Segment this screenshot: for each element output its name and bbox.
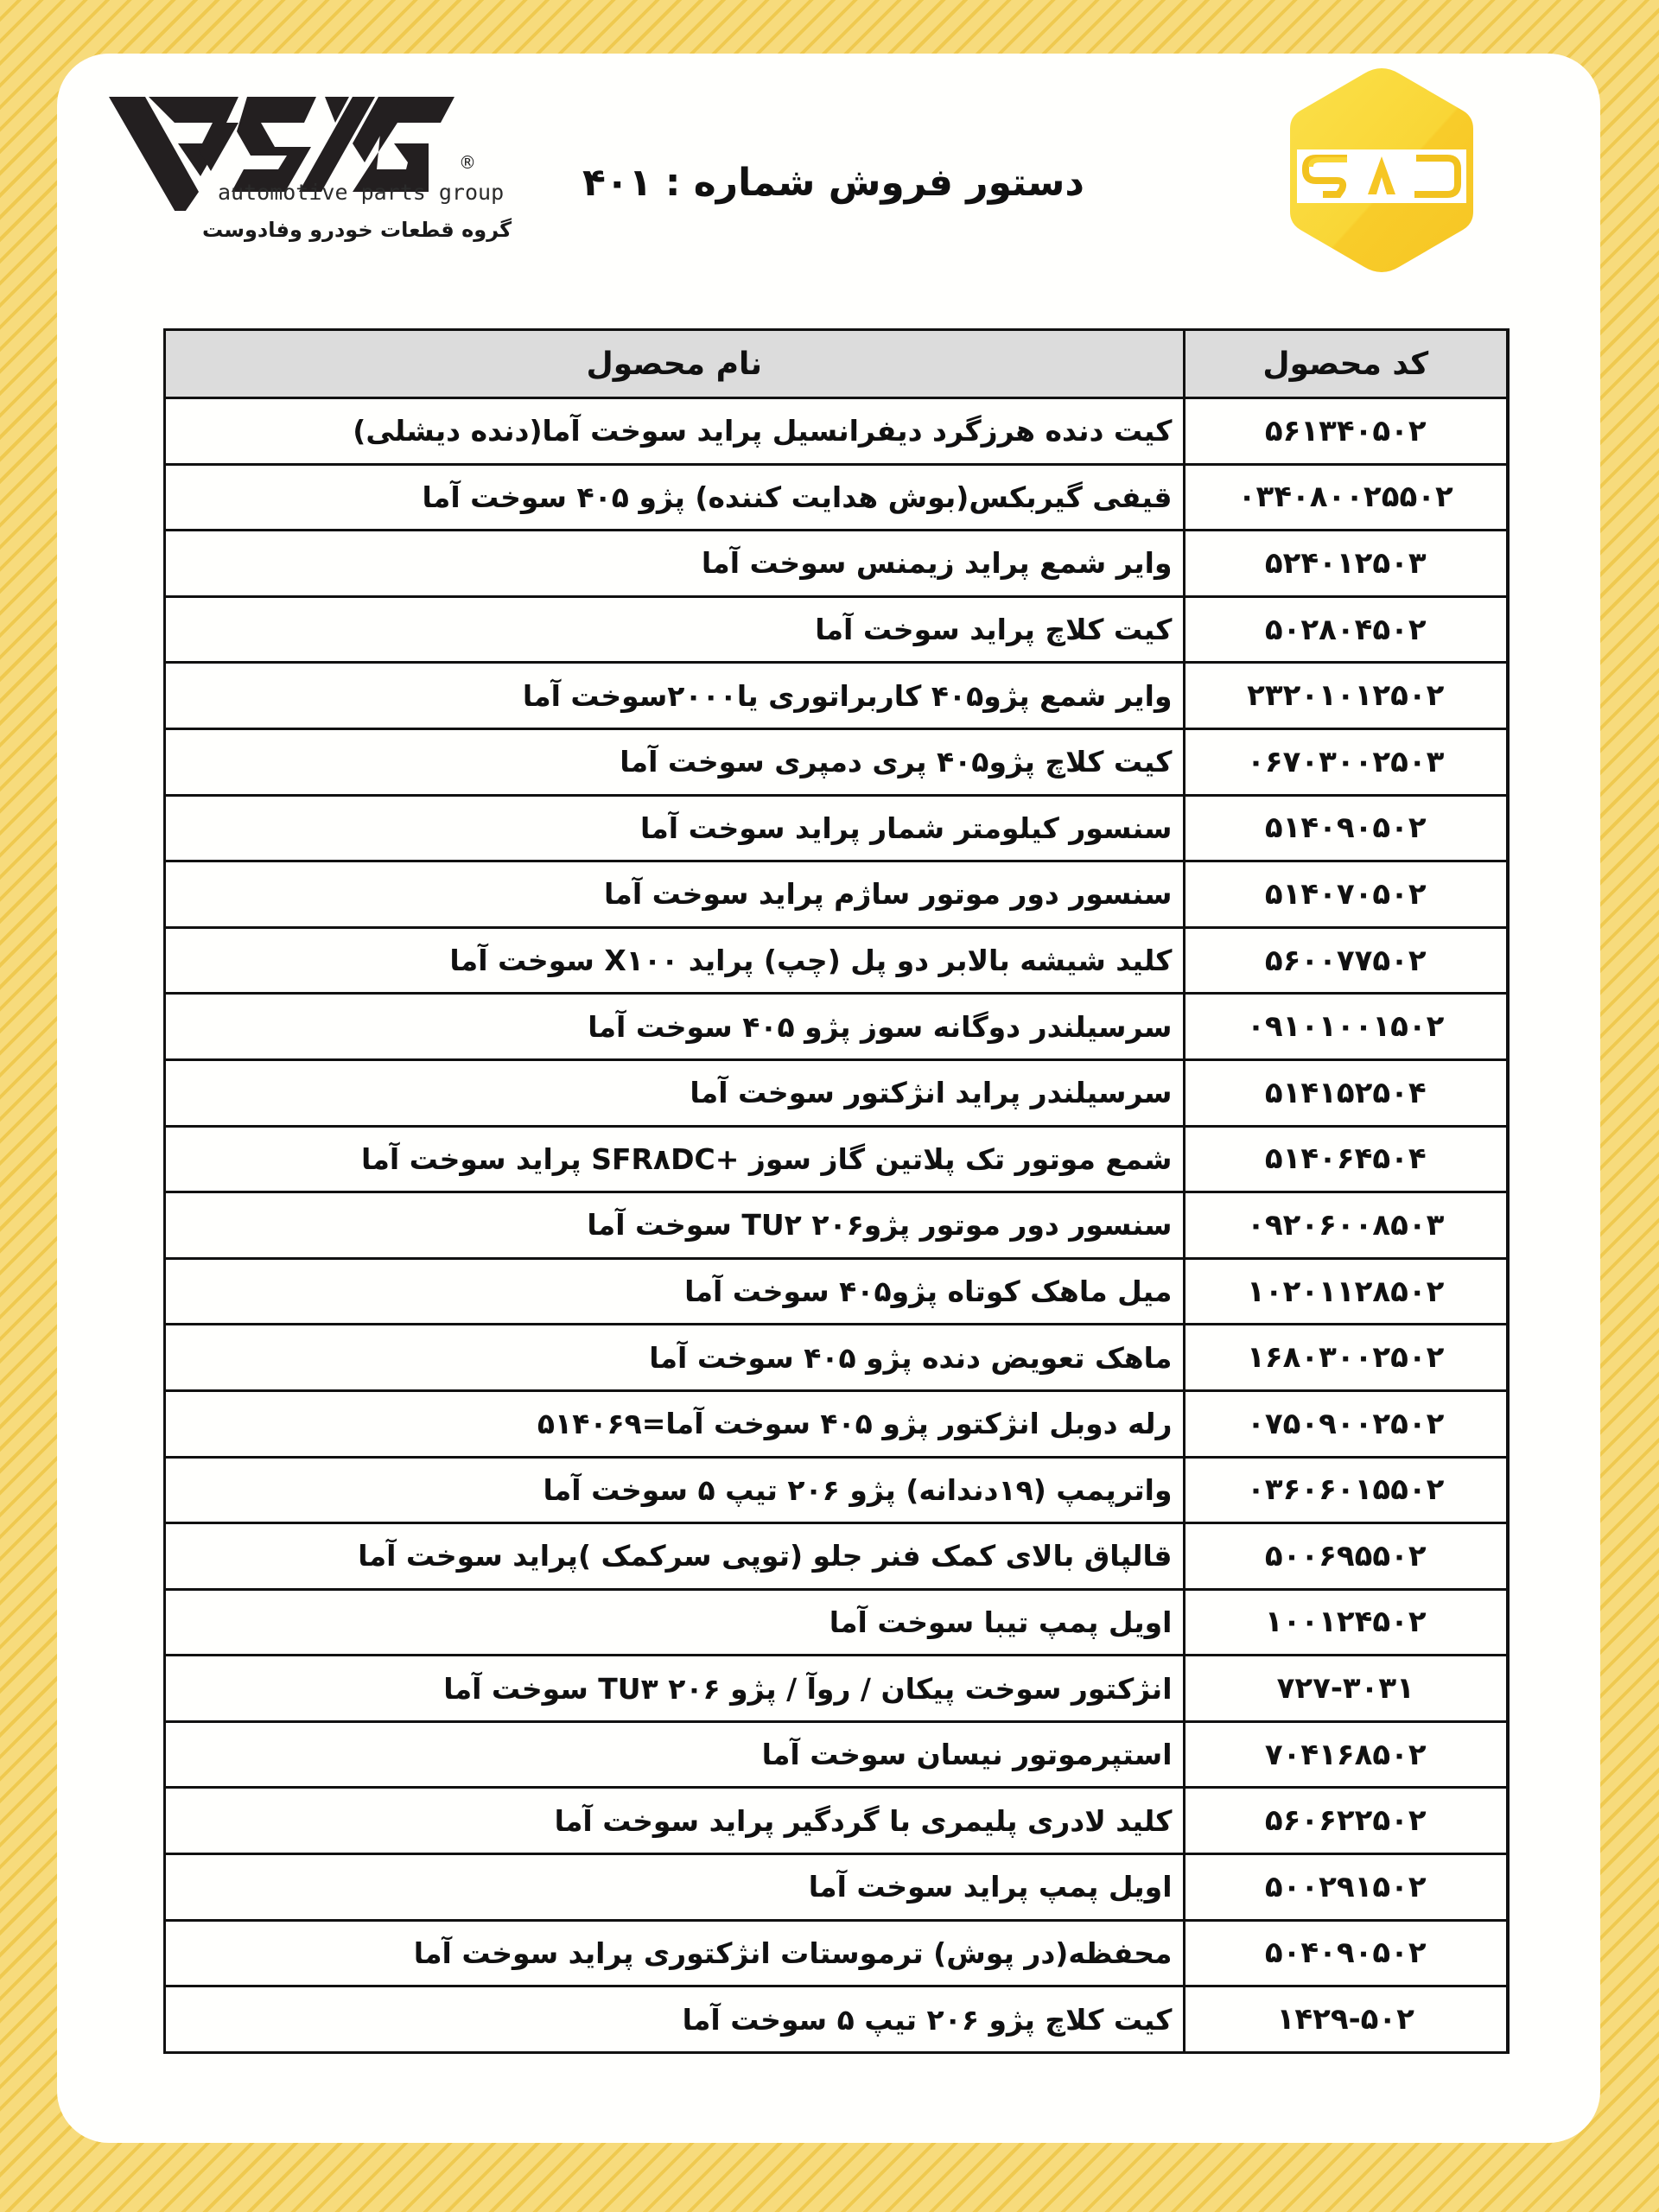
table-row: ۵۰۰۲۹۱۵۰۲اویل پمپ پراید سوخت آما — [165, 1854, 1509, 1921]
table-row: ۵۰۰۶۹۵۵۰۲قالپاق بالای کمک فنر جلو (توپی … — [165, 1523, 1509, 1590]
table-row: ۰۹۱۰۱۰۰۱۵۰۲سرسیلندر دوگانه سوز پژو ۴۰۵ س… — [165, 994, 1509, 1060]
product-name: کلید لادری پلیمری با گردگیر پراید سوخت آ… — [165, 1788, 1185, 1854]
product-code: ۰۳۶۰۶۰۱۵۵۰۲ — [1184, 1457, 1508, 1523]
product-code: ۱۰۲۰۱۱۲۸۵۰۲ — [1184, 1258, 1508, 1325]
table-row: ۱۰۰۱۲۴۵۰۲اویل پمپ تیبا سوخت آما — [165, 1589, 1509, 1656]
table-row: ۰۳۴۰۸۰۰۲۵۵۰۲قیفی گیربکس(بوش هدایت کننده)… — [165, 464, 1509, 531]
product-name: اویل پمپ تیبا سوخت آما — [165, 1589, 1185, 1656]
product-code: ۵۱۴۰۷۰۵۰۲ — [1184, 861, 1508, 928]
brand-logo: ® automotive parts group گروه قطعات خودر… — [109, 90, 480, 254]
partner-logo — [1285, 63, 1478, 277]
product-code: ۰۶۷۰۳۰۰۲۵۰۳ — [1184, 728, 1508, 795]
table-row: ۵۱۴۰۹۰۵۰۲سنسور کیلومتر شمار پراید سوخت آ… — [165, 795, 1509, 861]
product-code: ۰۷۵۰۹۰۰۲۵۰۲ — [1184, 1390, 1508, 1457]
table-row: ۱۰۲۰۱۱۲۸۵۰۲میل ماهک کوتاه پژو۴۰۵ سوخت آم… — [165, 1258, 1509, 1325]
table-row: ۰۷۵۰۹۰۰۲۵۰۲رله دوبل انژکتور پژو ۴۰۵ سوخت… — [165, 1390, 1509, 1457]
product-code: ۵۰۴۰۹۰۵۰۲ — [1184, 1920, 1508, 1986]
table-row: ۵۰۲۸۰۴۵۰۲کیت کلاچ پراید سوخت آما — [165, 596, 1509, 663]
product-code: ۵۲۴۰۱۲۵۰۳ — [1184, 531, 1508, 597]
table-row: ۵۱۴۰۷۰۵۰۲سنسور دور موتور ساژم پراید سوخت… — [165, 861, 1509, 928]
brand-tagline-fa: گروه قطعات خودرو وفادوست — [202, 218, 512, 242]
table-row: ۷۲۷-۳۰۳۱انژکتور سوخت پیکان / روآ / پژو ۲… — [165, 1656, 1509, 1722]
page-title: دستور فروش شماره : ۴۰۱ — [582, 161, 1084, 205]
product-name: شمع موتور تک پلاتین گاز سوز +SFR۸DC پرای… — [165, 1126, 1185, 1192]
table-row: ۱۴۲۹-۵۰۲کیت کلاچ پژو ۲۰۶ تیپ ۵ سوخت آما — [165, 1986, 1509, 2053]
product-code: ۵۶۰۰۷۷۵۰۲ — [1184, 927, 1508, 994]
table-row: ۰۹۲۰۶۰۰۸۵۰۳سنسور دور موتور پژو۲۰۶ TU۲ سو… — [165, 1192, 1509, 1259]
table-row: ۵۲۴۰۱۲۵۰۳وایر شمع پراید زیمنس سوخت آما — [165, 531, 1509, 597]
column-header-code: کد محصول — [1184, 330, 1508, 398]
product-name: کیت کلاچ پراید سوخت آما — [165, 596, 1185, 663]
product-code: ۱۴۲۹-۵۰۲ — [1184, 1986, 1508, 2053]
product-name: کیت دنده هرزگرد دیفرانسیل پراید سوخت آما… — [165, 398, 1185, 465]
product-name: استپرموتور نیسان سوخت آما — [165, 1721, 1185, 1788]
product-name: اویل پمپ پراید سوخت آما — [165, 1854, 1185, 1921]
product-name: سرسیلندر دوگانه سوز پژو ۴۰۵ سوخت آما — [165, 994, 1185, 1060]
product-code: ۱۰۰۱۲۴۵۰۲ — [1184, 1589, 1508, 1656]
product-name: سنسور دور موتور ساژم پراید سوخت آما — [165, 861, 1185, 928]
product-code: ۷۰۴۱۶۸۵۰۲ — [1184, 1721, 1508, 1788]
product-code: ۵۰۲۸۰۴۵۰۲ — [1184, 596, 1508, 663]
table-row: ۵۶۰۶۲۲۵۰۲کلید لادری پلیمری با گردگیر پرا… — [165, 1788, 1509, 1854]
table-row: ۵۱۴۰۶۴۵۰۴شمع موتور تک پلاتین گاز سوز +SF… — [165, 1126, 1509, 1192]
product-code: ۵۱۴۱۵۲۵۰۴ — [1184, 1059, 1508, 1126]
table-row: ۵۱۴۱۵۲۵۰۴سرسیلندر پراید انژکتور سوخت آما — [165, 1059, 1509, 1126]
product-name: کلید شیشه بالابر دو پل (چپ) پراید X۱۰۰ س… — [165, 927, 1185, 994]
product-name: قالپاق بالای کمک فنر جلو (توپی سرکمک )پر… — [165, 1523, 1185, 1590]
product-name: رله دوبل انژکتور پژو ۴۰۵ سوخت آما=۵۱۴۰۶۹ — [165, 1390, 1185, 1457]
table-row: ۵۶۱۳۴۰۵۰۲کیت دنده هرزگرد دیفرانسیل پراید… — [165, 398, 1509, 465]
column-header-name: نام محصول — [165, 330, 1185, 398]
product-code: ۰۳۴۰۸۰۰۲۵۵۰۲ — [1184, 464, 1508, 531]
registered-mark: ® — [459, 152, 476, 173]
product-name: کیت کلاچ پژو۴۰۵ پری دمپری سوخت آما — [165, 728, 1185, 795]
product-name: میل ماهک کوتاه پژو۴۰۵ سوخت آما — [165, 1258, 1185, 1325]
product-code: ۵۶۰۶۲۲۵۰۲ — [1184, 1788, 1508, 1854]
product-name: ماهک تعویض دنده پژو ۴۰۵ سوخت آما — [165, 1325, 1185, 1391]
table-row: ۵۰۴۰۹۰۵۰۲محفظه(در پوش) ترموستات انژکتوری… — [165, 1920, 1509, 1986]
table-header-row: کد محصول نام محصول — [165, 330, 1509, 398]
brand-tagline-en: automotive parts group — [218, 180, 504, 205]
table-row: ۲۳۲۰۱۰۱۲۵۰۲وایر شمع پژو۴۰۵ کاربراتوری یا… — [165, 663, 1509, 729]
product-name: سنسور دور موتور پژو۲۰۶ TU۲ سوخت آما — [165, 1192, 1185, 1259]
table-row: ۰۶۷۰۳۰۰۲۵۰۳کیت کلاچ پژو۴۰۵ پری دمپری سوخ… — [165, 728, 1509, 795]
product-code: ۵۱۴۰۹۰۵۰۲ — [1184, 795, 1508, 861]
product-code: ۵۱۴۰۶۴۵۰۴ — [1184, 1126, 1508, 1192]
product-code: ۰۹۱۰۱۰۰۱۵۰۲ — [1184, 994, 1508, 1060]
table-row: ۱۶۸۰۳۰۰۲۵۰۲ماهک تعویض دنده پژو ۴۰۵ سوخت … — [165, 1325, 1509, 1391]
product-name: وایر شمع پژو۴۰۵ کاربراتوری یا۲۰۰۰سوخت آم… — [165, 663, 1185, 729]
product-name: سرسیلندر پراید انژکتور سوخت آما — [165, 1059, 1185, 1126]
product-code: ۵۶۱۳۴۰۵۰۲ — [1184, 398, 1508, 465]
product-name: واترپمپ (۱۹دندانه) پژو ۲۰۶ تیپ ۵ سوخت آم… — [165, 1457, 1185, 1523]
sad-hexagon-logo-icon — [1285, 63, 1478, 277]
table-row: ۵۶۰۰۷۷۵۰۲کلید شیشه بالابر دو پل (چپ) پرا… — [165, 927, 1509, 994]
sales-order-table: کد محصول نام محصول ۵۶۱۳۴۰۵۰۲کیت دنده هرز… — [163, 328, 1510, 2054]
product-code: ۱۶۸۰۳۰۰۲۵۰۲ — [1184, 1325, 1508, 1391]
product-code: ۲۳۲۰۱۰۱۲۵۰۲ — [1184, 663, 1508, 729]
product-name: قیفی گیربکس(بوش هدایت کننده) پژو ۴۰۵ سوخ… — [165, 464, 1185, 531]
table-row: ۷۰۴۱۶۸۵۰۲استپرموتور نیسان سوخت آما — [165, 1721, 1509, 1788]
product-name: انژکتور سوخت پیکان / روآ / پژو ۲۰۶ TU۳ س… — [165, 1656, 1185, 1722]
product-name: وایر شمع پراید زیمنس سوخت آما — [165, 531, 1185, 597]
product-code: ۰۹۲۰۶۰۰۸۵۰۳ — [1184, 1192, 1508, 1259]
product-code: ۵۰۰۶۹۵۵۰۲ — [1184, 1523, 1508, 1590]
product-name: سنسور کیلومتر شمار پراید سوخت آما — [165, 795, 1185, 861]
product-code: ۵۰۰۲۹۱۵۰۲ — [1184, 1854, 1508, 1921]
product-name: کیت کلاچ پژو ۲۰۶ تیپ ۵ سوخت آما — [165, 1986, 1185, 2053]
product-name: محفظه(در پوش) ترموستات انژکتوری پراید سو… — [165, 1920, 1185, 1986]
table-row: ۰۳۶۰۶۰۱۵۵۰۲واترپمپ (۱۹دندانه) پژو ۲۰۶ تی… — [165, 1457, 1509, 1523]
product-code: ۷۲۷-۳۰۳۱ — [1184, 1656, 1508, 1722]
